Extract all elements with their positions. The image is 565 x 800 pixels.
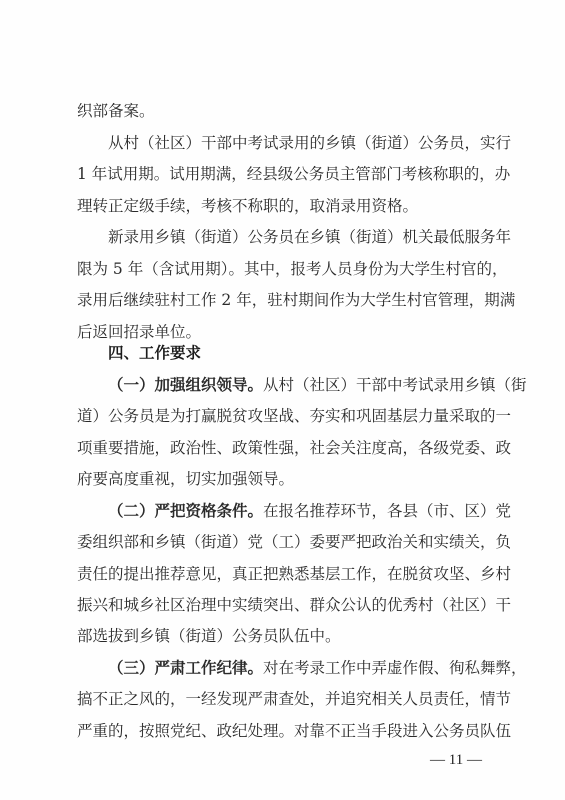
paragraph-line: 项重要措施，政治性、政策性强，社会关注度高，各级党委、政 xyxy=(77,438,489,458)
paragraph-line: 录用后继续驻村工作 2 年，驻村期间作为大学生村官管理，期满 xyxy=(77,290,489,310)
paragraph-line: 振兴和城乡社区治理中实绩突出、群众公认的优秀村（社区）干 xyxy=(77,595,489,615)
paragraph-line: 理转正定级手续，考核不称职的，取消录用资格。 xyxy=(77,196,489,216)
paragraph-line: 搞不正之风的，一经发现严肃查处，并追究相关人员责任，情节 xyxy=(77,689,489,709)
paragraph-text: 对在考录工作中弄虚作假、徇私舞弊， xyxy=(263,659,527,677)
paragraph-line: 织部备案。 xyxy=(77,101,489,121)
paragraph-line: （一）加强组织领导。从村（社区）干部中考试录用乡镇（街 xyxy=(108,375,489,395)
paragraph-line: 新录用乡镇（街道）公务员在乡镇（街道）机关最低服务年 xyxy=(108,227,489,247)
paragraph-line: 责任的提出推荐意见，真正把熟悉基层工作，在脱贫攻坚、乡村 xyxy=(77,564,489,584)
paragraph-line: 道）公务员是为打赢脱贫攻坚战、夯实和巩固基层力量采取的一 xyxy=(77,406,489,426)
document-page: 织部备案。 从村（社区）干部中考试录用的乡镇（街道）公务员，实行 1 年试用期。… xyxy=(0,0,565,800)
subsection-title: （二）严把资格条件。 xyxy=(108,502,263,520)
page-number: — 11 — xyxy=(430,752,482,769)
paragraph-line: 严重的，按照党纪、政纪处理。对靠不正当手段进入公务员队伍 xyxy=(77,721,489,741)
paragraph-line: 部选拔到乡镇（街道）公务员队伍中。 xyxy=(77,626,489,646)
paragraph-line: 府要高度重视，切实加强领导。 xyxy=(77,469,489,489)
paragraph-text: 从村（社区）干部中考试录用乡镇（街 xyxy=(263,376,527,394)
paragraph-line: 后返回招录单位。 xyxy=(77,322,489,342)
paragraph-line: 从村（社区）干部中考试录用的乡镇（街道）公务员，实行 xyxy=(108,133,489,153)
paragraph-line: 委组织部和乡镇（街道）党（工）委要严把政治关和实绩关，负 xyxy=(77,532,489,552)
subsection-title: （三）严肃工作纪律。 xyxy=(108,659,263,677)
section-heading: 四、工作要求 xyxy=(108,343,489,363)
paragraph-line: 限为 5 年（含试用期）。其中，报考人员身份为大学生村官的， xyxy=(77,259,489,279)
subsection-title: （一）加强组织领导。 xyxy=(108,376,263,394)
paragraph-line: （二）严把资格条件。在报名推荐环节，各县（市、区）党 xyxy=(108,501,489,521)
paragraph-line: （三）严肃工作纪律。对在考录工作中弄虚作假、徇私舞弊， xyxy=(108,658,489,678)
paragraph-line: 1 年试用期。试用期满，经县级公务员主管部门考核称职的，办 xyxy=(77,164,489,184)
paragraph-text: 在报名推荐环节，各县（市、区）党 xyxy=(263,502,511,520)
